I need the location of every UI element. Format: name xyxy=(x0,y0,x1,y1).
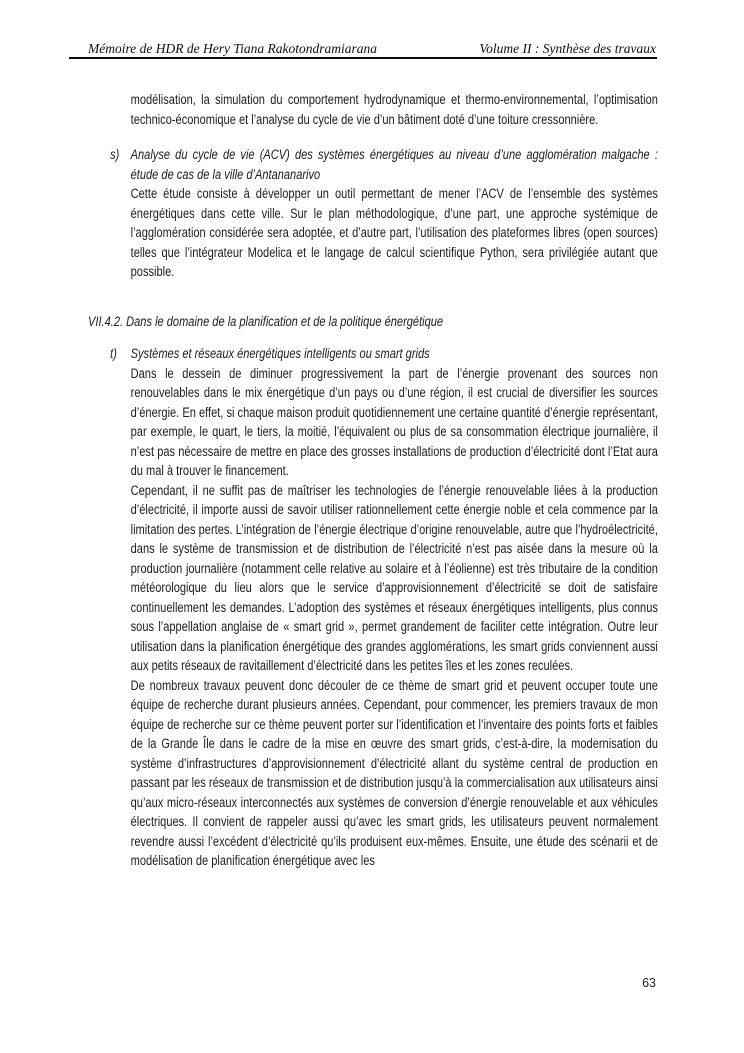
list-item-t-paragraph-3: De nombreux travaux peuvent donc découle… xyxy=(131,676,658,871)
document-page: Mémoire de HDR de Hery Tiana Rakotondram… xyxy=(0,0,744,1053)
list-marker-t: t) xyxy=(110,344,117,364)
header-right-title: Volume II : Synthèse des travaux xyxy=(479,41,656,57)
list-item-t: t) Systèmes et réseaux énergétiques inte… xyxy=(88,344,658,871)
list-item-s-title: Analyse du cycle de vie (ACV) des systèm… xyxy=(131,145,658,184)
list-item-t-paragraph-2: Cependant, il ne suffit pas de maîtriser… xyxy=(131,481,658,676)
intro-paragraph: modélisation, la simulation du comportem… xyxy=(131,90,658,129)
header-left-title: Mémoire de HDR de Hery Tiana Rakotondram… xyxy=(88,41,377,57)
page-header: Mémoire de HDR de Hery Tiana Rakotondram… xyxy=(88,41,656,57)
section-heading: VII.4.2. Dans le domaine de la planifica… xyxy=(88,312,658,332)
list-item-t-title: Systèmes et réseaux énergétiques intelli… xyxy=(131,344,658,364)
list-marker-s: s) xyxy=(110,145,119,165)
page-body: modélisation, la simulation du comportem… xyxy=(88,90,658,871)
list-item-s: s) Analyse du cycle de vie (ACV) des sys… xyxy=(88,145,658,282)
list-item-s-body: Cette étude consiste à développer un out… xyxy=(131,184,658,282)
list-item-t-paragraph-1: Dans le dessein de diminuer progressivem… xyxy=(131,364,658,481)
page-number: 63 xyxy=(642,976,656,990)
header-rule xyxy=(69,57,657,59)
